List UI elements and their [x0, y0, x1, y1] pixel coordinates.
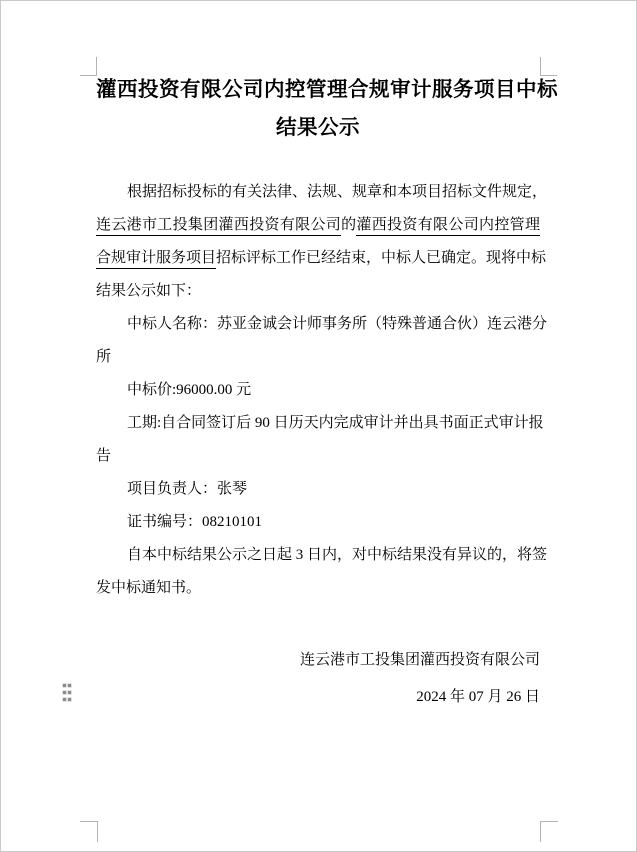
body-text: 自本中标结果公示之日起 3 日内，对中标结果没有异议的，将签 [127, 547, 547, 563]
body-line: 自本中标结果公示之日起 3 日内，对中标结果没有异议的，将签 [96, 539, 540, 572]
body-line: 根据招标投标的有关法律、法规、规章和本项目招标文件规定， [96, 176, 540, 209]
body-text: 工期:自合同签订后 90 日历天内完成审计并出具书面正式审计报 [127, 415, 544, 431]
underlined-text: 合规审计服务项目 [96, 250, 216, 269]
body-line: 项目负责人：张琴 [96, 473, 540, 506]
body-text: 所 [96, 349, 111, 365]
body-line: 告 [96, 440, 540, 473]
crop-mark-bottom-right-icon [540, 821, 558, 842]
body-line: 结果公示如下： [96, 275, 540, 308]
body-text: 结果公示如下： [96, 283, 201, 299]
body-line: 中标价:96000.00 元 [96, 374, 540, 407]
signature-company: 连云港市工投集团灌西投资有限公司 [96, 642, 540, 679]
crop-mark-top-left-icon [80, 57, 97, 76]
signature-date: 2024 年 07 月 26 日 [96, 679, 540, 716]
handle-dot [68, 698, 71, 701]
crop-mark-bottom-left-icon [80, 821, 98, 842]
document-page: 灌西投资有限公司内控管理合规审计服务项目中标 结果公示 根据招标投标的有关法律、… [0, 0, 637, 852]
handle-dot [63, 691, 66, 694]
body-line: 所 [96, 341, 540, 374]
body-text: 招标评标工作已经结束，中标人已确定。现将中标 [216, 250, 546, 266]
handle-dot [68, 684, 71, 687]
body-text: 中标价:96000.00 元 [127, 382, 251, 398]
body-line: 工期:自合同签订后 90 日历天内完成审计并出具书面正式审计报 [96, 407, 540, 440]
six-dot-drag-handle-icon[interactable] [63, 684, 71, 701]
body-text: 中标人名称：苏亚金诚会计师事务所（特殊普通合伙）连云港分 [127, 316, 547, 332]
title-line-1: 灌西投资有限公司内控管理合规审计服务项目中标 [96, 71, 540, 109]
body-text: 证书编号：08210101 [127, 514, 262, 530]
body-line: 证书编号：08210101 [96, 506, 540, 539]
document-title: 灌西投资有限公司内控管理合规审计服务项目中标 结果公示 [96, 71, 540, 147]
handle-dot [63, 698, 66, 701]
underlined-text: 连云港市工投集团灌西投资有限公司 [96, 217, 341, 236]
body-line: 中标人名称：苏亚金诚会计师事务所（特殊普通合伙）连云港分 [96, 308, 540, 341]
body-text: 的 [341, 217, 356, 233]
signature-block: 连云港市工投集团灌西投资有限公司 2024 年 07 月 26 日 [96, 642, 540, 716]
body-line: 连云港市工投集团灌西投资有限公司的灌西投资有限公司内控管理 [96, 209, 540, 242]
body-line: 合规审计服务项目招标评标工作已经结束，中标人已确定。现将中标 [96, 242, 540, 275]
body-text: 发中标通知书。 [96, 580, 201, 596]
handle-dot [68, 691, 71, 694]
document-body: 根据招标投标的有关法律、法规、规章和本项目招标文件规定，连云港市工投集团灌西投资… [96, 176, 540, 605]
title-line-2: 结果公示 [96, 109, 540, 147]
body-text: 告 [96, 448, 111, 464]
body-text: 项目负责人：张琴 [127, 481, 247, 497]
body-line: 发中标通知书。 [96, 572, 540, 605]
body-text: 根据招标投标的有关法律、法规、规章和本项目招标文件规定， [127, 184, 547, 200]
crop-mark-top-right-icon [540, 57, 557, 76]
handle-dot [63, 684, 66, 687]
underlined-text: 灌西投资有限公司内控管理 [356, 217, 540, 236]
